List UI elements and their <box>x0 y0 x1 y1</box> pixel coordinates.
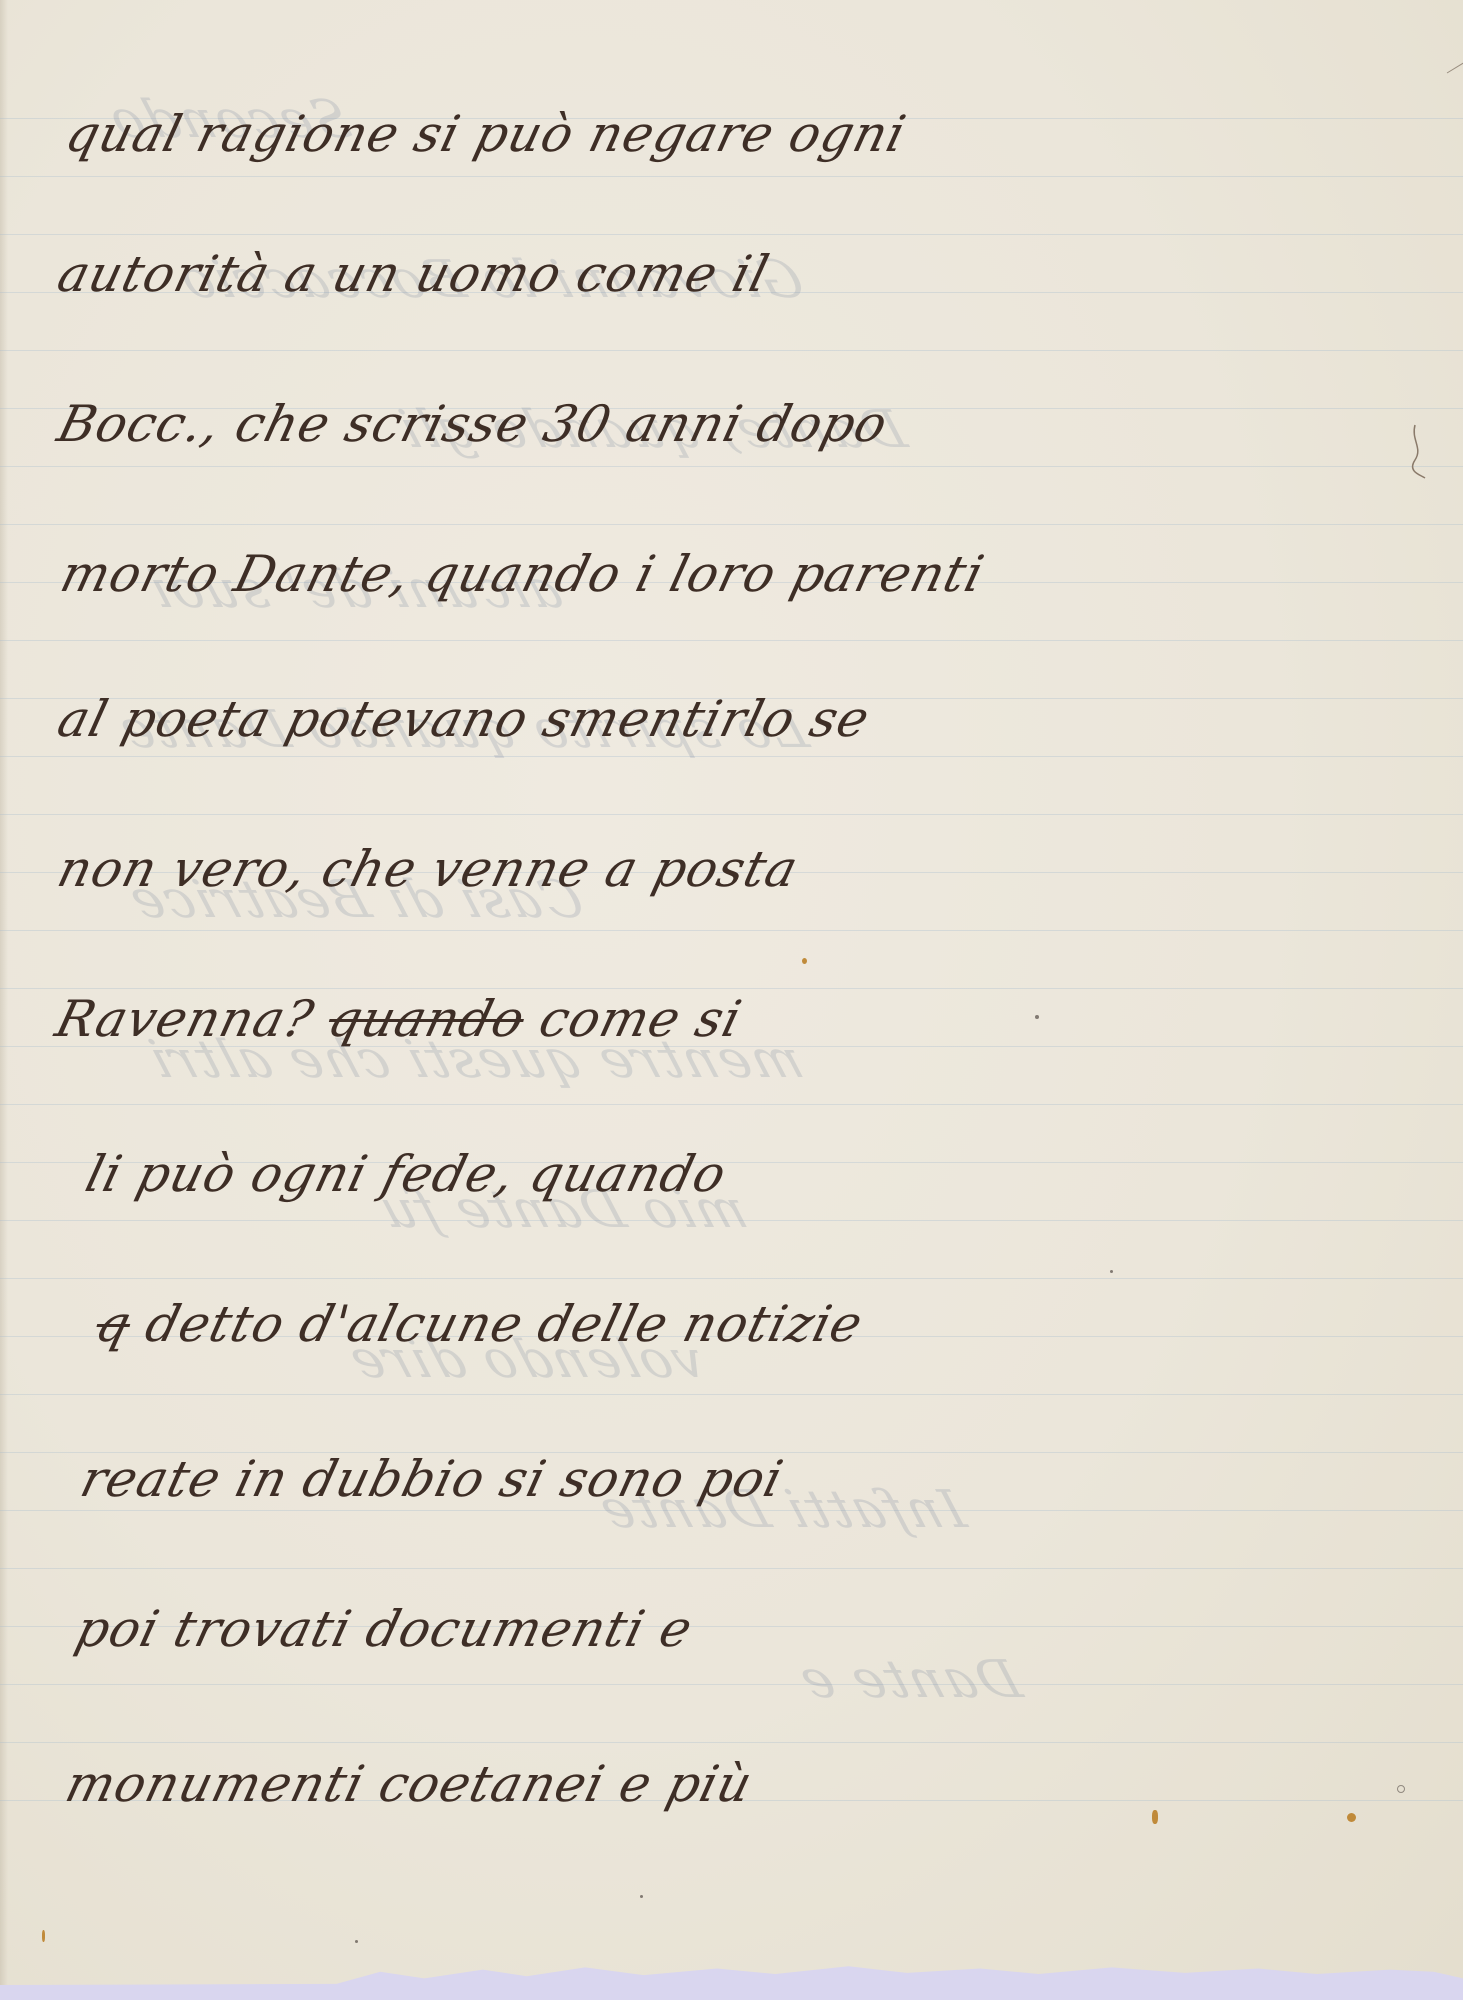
manuscript-line-9: q detto d'alcune delle notizie <box>90 1295 869 1353</box>
ruled-line <box>0 524 1463 525</box>
struck-out-word: quando <box>322 990 531 1048</box>
paper-dot <box>1035 1015 1039 1019</box>
line-9-text: detto d'alcune delle notizie <box>140 1295 869 1353</box>
manuscript-line-10: reate in dubbio si sono poi <box>75 1450 789 1508</box>
ink-speck <box>1347 1813 1356 1822</box>
ruled-line <box>0 176 1463 177</box>
ruled-line <box>0 814 1463 815</box>
ruled-line <box>0 1278 1463 1279</box>
fiber-mark <box>1445 55 1463 75</box>
ruled-line <box>0 930 1463 931</box>
line-7-end: come si <box>534 990 748 1048</box>
ruled-line <box>0 350 1463 351</box>
line-7-start: Ravenna? <box>50 990 320 1048</box>
ruled-line <box>0 1394 1463 1395</box>
ruled-line <box>0 988 1463 989</box>
ruled-line <box>0 1742 1463 1743</box>
ruled-line <box>0 234 1463 235</box>
page-edge-shadow <box>0 0 8 1985</box>
ink-speck <box>1152 1810 1158 1824</box>
fiber-mark <box>1405 420 1435 480</box>
manuscript-line-3: Bocc., che scrisse 30 anni dopo <box>52 395 894 453</box>
ruled-line <box>0 1104 1463 1105</box>
ruled-line <box>0 1684 1463 1685</box>
ink-speck <box>42 1930 45 1942</box>
paper-dot <box>1397 1785 1405 1793</box>
manuscript-line-7: Ravenna? quando come si <box>50 990 748 1048</box>
manuscript-line-11: poi trovati documenti e <box>70 1600 699 1658</box>
manuscript-line-1: qual ragione si può negare ogni <box>60 105 912 163</box>
manuscript-line-6: non vero, che venne a posta <box>52 840 804 898</box>
manuscript-line-8: li può ogni fede, quando <box>80 1145 733 1203</box>
paper-dot <box>1110 1270 1113 1273</box>
manuscript-page: Secondo Giovanni lo Boccaccio Dante, qua… <box>0 0 1463 1985</box>
manuscript-line-4: morto Dante, quando i loro parenti <box>55 545 990 603</box>
paper-dot <box>355 1940 358 1943</box>
manuscript-line-5: al poeta potevano smentirlo se <box>52 690 876 748</box>
manuscript-line-12: monumenti coetanei e più <box>60 1755 759 1813</box>
ruled-line <box>0 640 1463 641</box>
struck-out-letter: q <box>90 1295 137 1353</box>
paper-dot <box>640 1895 643 1898</box>
ruled-line <box>0 466 1463 467</box>
bleed-through-text: Dante e <box>790 1650 1029 1710</box>
ruled-line <box>0 1568 1463 1569</box>
ink-speck <box>802 958 807 964</box>
manuscript-line-2: autorità a un uomo come il <box>52 245 775 303</box>
torn-bottom-edge <box>0 1963 1463 1985</box>
